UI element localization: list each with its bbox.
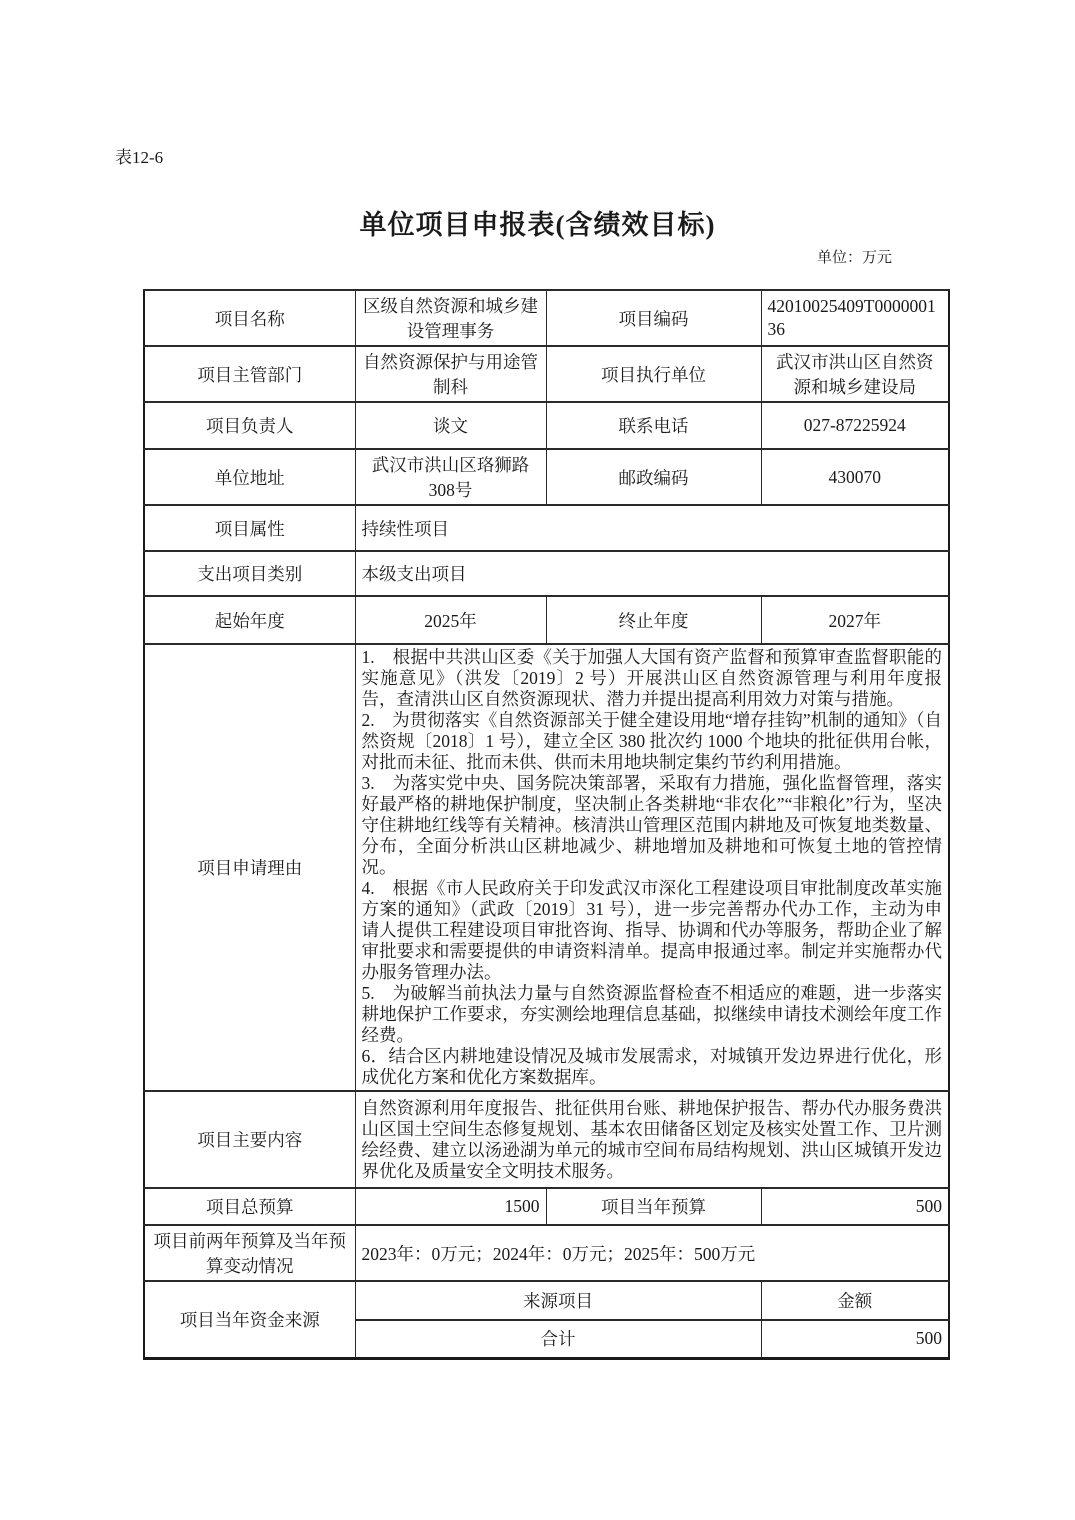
funding-total-label: 合计 xyxy=(355,1320,761,1358)
table-number-label: 表12-6 xyxy=(115,143,163,168)
row-project-name: 项目名称 区级自然资源和城乡建设管理事务 项目编码 42010025409T00… xyxy=(144,290,949,346)
previous-budgets-value: 2023年：0万元；2024年：0万元；2025年：500万元 xyxy=(355,1225,949,1281)
attribute-value: 持续性项目 xyxy=(355,505,949,551)
funding-total-value: 500 xyxy=(761,1320,949,1358)
reason-paragraph-6: 6．结合区内耕地建设情况及城市发展需求，对城镇开发边界进行优化，形成优化方案和优… xyxy=(362,1046,943,1088)
document-page: 表12-6 单位项目申报表(含绩效目标) 单位：万元 项目名称 区级自然资源和城… xyxy=(0,0,1075,1520)
row-attribute: 项目属性 持续性项目 xyxy=(144,505,949,551)
row-leader: 项目负责人 谈文 联系电话 027-87225924 xyxy=(144,402,949,449)
project-code-label: 项目编码 xyxy=(546,290,761,346)
project-name-label: 项目名称 xyxy=(144,290,355,346)
phone-value: 027-87225924 xyxy=(761,402,949,449)
reason-paragraph-5: 5. 为破解当前执法力量与自然资源监督检查不相适应的难题，进一步落实耕地保护工作… xyxy=(362,983,943,1046)
row-previous-budgets: 项目前两年预算及当年预算变动情况 2023年：0万元；2024年：0万元；202… xyxy=(144,1225,949,1281)
start-year-label: 起始年度 xyxy=(144,596,355,644)
reason-paragraph-4: 4. 根据《市人民政府关于印发武汉市深化工程建设项目审批制度改革实施方案的通知》… xyxy=(362,878,943,983)
total-budget-label: 项目总预算 xyxy=(144,1188,355,1225)
row-main-content: 项目主要内容 自然资源利用年度报告、批征供用台账、耕地保护报告、帮办代办服务费洪… xyxy=(144,1091,949,1188)
application-reason-label: 项目申请理由 xyxy=(144,644,355,1091)
row-funding-headers: 项目当年资金来源 来源项目 金额 xyxy=(144,1281,949,1320)
executing-unit-label: 项目执行单位 xyxy=(546,346,761,402)
current-year-budget-label: 项目当年预算 xyxy=(546,1188,761,1225)
leader-label: 项目负责人 xyxy=(144,402,355,449)
row-application-reason: 项目申请理由 1. 根据中共洪山区委《关于加强人大国有资产监督和预算审查监督职能… xyxy=(144,644,949,1091)
expense-category-value: 本级支出项目 xyxy=(355,551,949,596)
previous-budgets-label: 项目前两年预算及当年预算变动情况 xyxy=(144,1225,355,1281)
main-content-label: 项目主要内容 xyxy=(144,1091,355,1188)
funding-amount-header: 金额 xyxy=(761,1281,949,1320)
end-year-value: 2027年 xyxy=(761,596,949,644)
project-application-table: 项目名称 区级自然资源和城乡建设管理事务 项目编码 42010025409T00… xyxy=(143,289,950,1360)
row-budget: 项目总预算 1500 项目当年预算 500 xyxy=(144,1188,949,1225)
address-value: 武汉市洪山区珞狮路308号 xyxy=(355,449,546,505)
competent-dept-value: 自然资源保护与用途管制科 xyxy=(355,346,546,402)
executing-unit-value: 武汉市洪山区自然资源和城乡建设局 xyxy=(761,346,949,402)
postal-code-label: 邮政编码 xyxy=(546,449,761,505)
funding-source-header: 来源项目 xyxy=(355,1281,761,1320)
phone-label: 联系电话 xyxy=(546,402,761,449)
attribute-label: 项目属性 xyxy=(144,505,355,551)
page-title: 单位项目申报表(含绩效目标) xyxy=(0,203,1075,242)
total-budget-value: 1500 xyxy=(355,1188,546,1225)
application-reason-value: 1. 根据中共洪山区委《关于加强人大国有资产监督和预算审查监督职能的实施意见》（… xyxy=(355,644,949,1091)
competent-dept-label: 项目主管部门 xyxy=(144,346,355,402)
row-expense-category: 支出项目类别 本级支出项目 xyxy=(144,551,949,596)
start-year-value: 2025年 xyxy=(355,596,546,644)
main-content-value: 自然资源利用年度报告、批征供用台账、耕地保护报告、帮办代办服务费洪山区国土空间生… xyxy=(355,1091,949,1188)
project-name-value: 区级自然资源和城乡建设管理事务 xyxy=(355,290,546,346)
reason-paragraph-2: 2. 为贯彻落实《自然资源部关于健全建设用地“增存挂钩”机制的通知》（自然资规〔… xyxy=(362,710,943,773)
current-year-budget-value: 500 xyxy=(761,1188,949,1225)
reason-paragraph-3: 3. 为落实党中央、国务院决策部署，采取有力措施，强化监督管理，落实好最严格的耕… xyxy=(362,773,943,878)
postal-code-value: 430070 xyxy=(761,449,949,505)
row-address: 单位地址 武汉市洪山区珞狮路308号 邮政编码 430070 xyxy=(144,449,949,505)
reason-paragraph-1: 1. 根据中共洪山区委《关于加强人大国有资产监督和预算审查监督职能的实施意见》（… xyxy=(362,647,943,710)
row-years: 起始年度 2025年 终止年度 2027年 xyxy=(144,596,949,644)
leader-value: 谈文 xyxy=(355,402,546,449)
funding-source-label: 项目当年资金来源 xyxy=(144,1281,355,1358)
project-code-value: 42010025409T000000136 xyxy=(761,290,949,346)
end-year-label: 终止年度 xyxy=(546,596,761,644)
row-competent-dept: 项目主管部门 自然资源保护与用途管制科 项目执行单位 武汉市洪山区自然资源和城乡… xyxy=(144,346,949,402)
unit-note: 单位：万元 xyxy=(817,246,892,267)
expense-category-label: 支出项目类别 xyxy=(144,551,355,596)
address-label: 单位地址 xyxy=(144,449,355,505)
